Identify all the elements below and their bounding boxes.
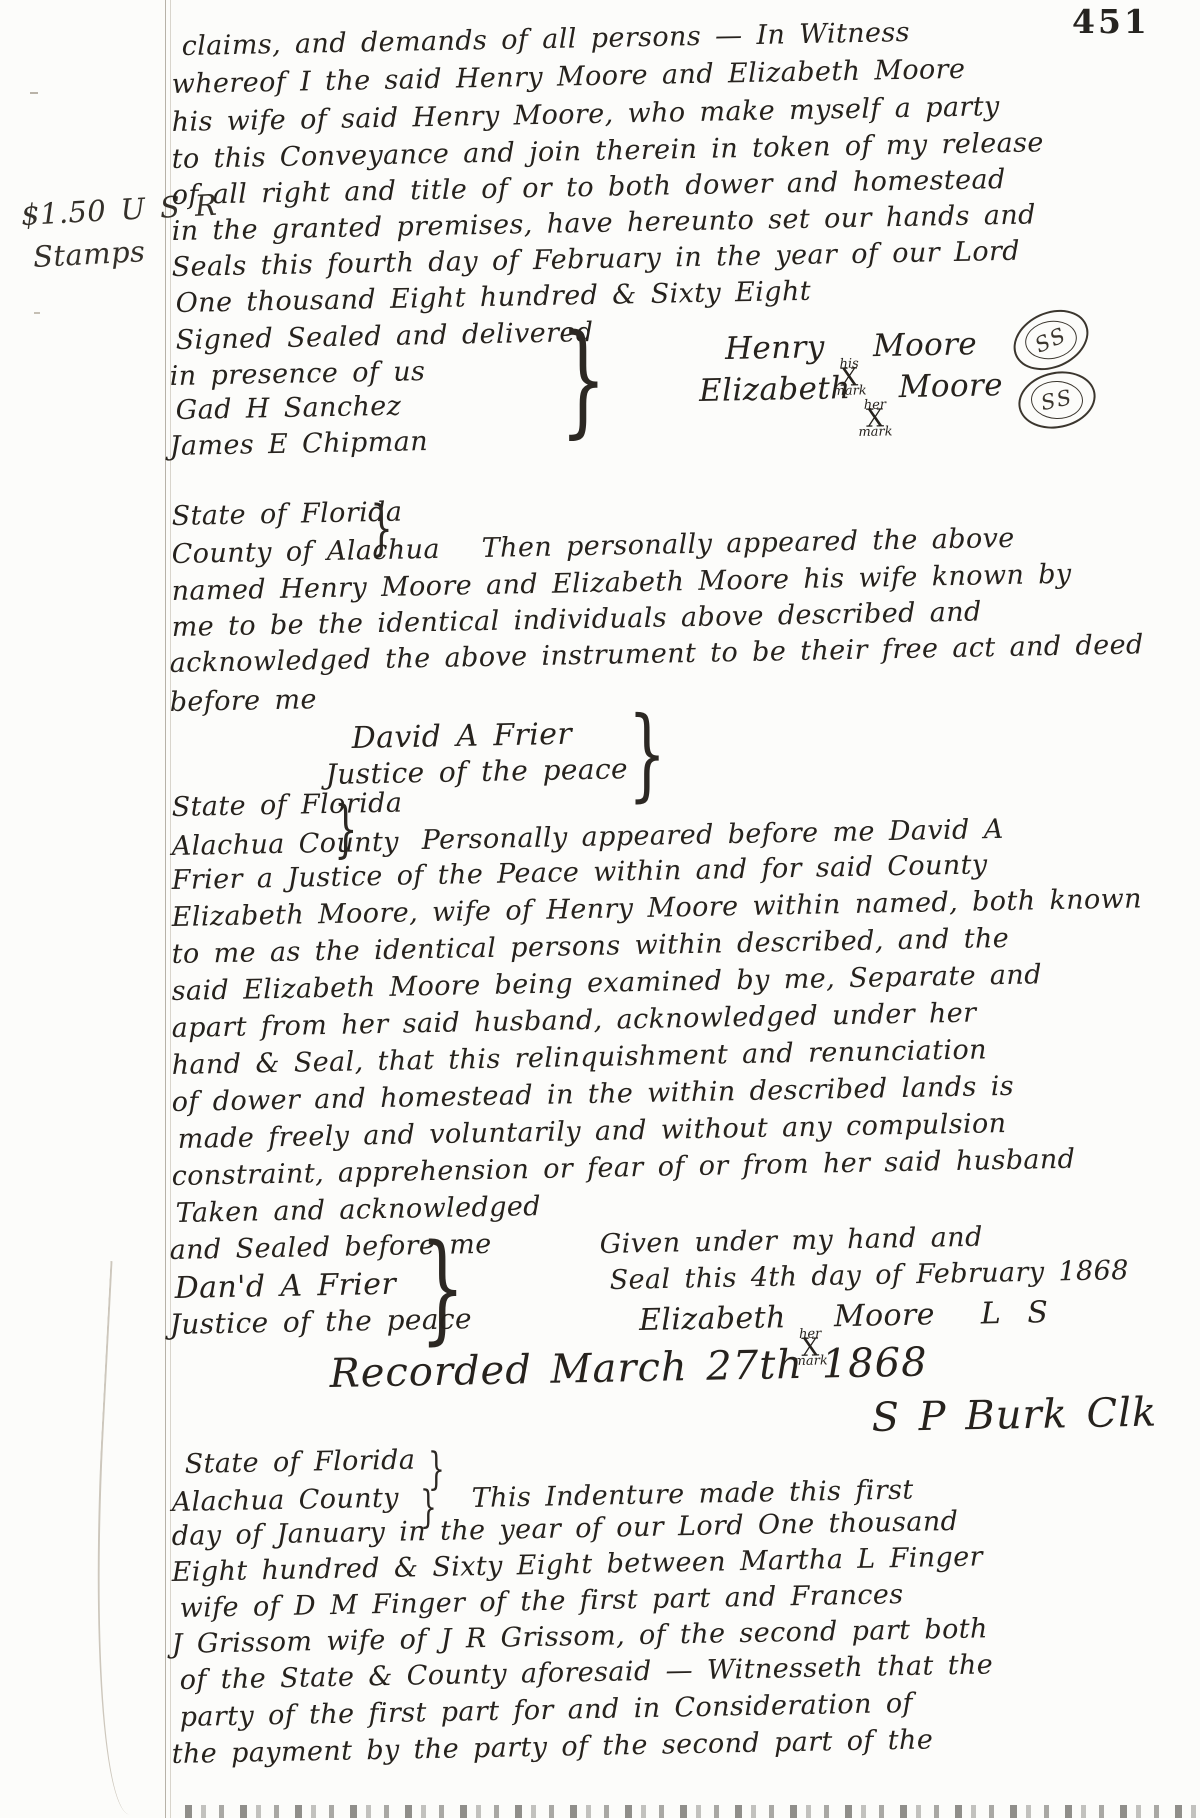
document-page: 451 $1.50 U S R Stamps claims, and deman… xyxy=(0,0,1200,1818)
seal-scribble: SS xyxy=(1004,299,1098,382)
handwritten-line: whereof I the said Henry Moore and Eliza… xyxy=(171,55,965,100)
handwritten-line: Then personally appeared the above xyxy=(481,524,1014,564)
officer-brace: } xyxy=(628,704,666,804)
seal-scribble: SS xyxy=(1013,365,1101,436)
officer-signature: David A Frier xyxy=(351,718,572,755)
scan-edge-artifact xyxy=(185,1805,1200,1818)
signature-elizabeth-moore: ElizabethherXmarkMoore xyxy=(699,368,1004,441)
attestation-line: in presence of us xyxy=(169,357,425,392)
venue-county: Alachua County xyxy=(171,1484,399,1518)
handwritten-line: Taken and acknowledged xyxy=(175,1192,541,1229)
venue-state: State of Florida xyxy=(171,789,402,823)
handwritten-line: Seal this 4th day of February 1868 xyxy=(609,1256,1129,1296)
clerk-signature: S P Burk Clk xyxy=(871,1391,1157,1440)
seal-notation: L S xyxy=(980,1295,1054,1331)
handwritten-line: before me xyxy=(169,685,317,718)
venue-county: Alachua County xyxy=(171,828,399,862)
scan-speck xyxy=(34,312,40,314)
attestation-brace: } xyxy=(560,318,607,440)
venue-state: State of Florida xyxy=(184,1446,415,1480)
recording-note: Recorded March 27th 1868 xyxy=(329,1341,928,1396)
scan-speck xyxy=(30,92,38,94)
venue-county: County of Alachua xyxy=(171,535,440,570)
handwritten-line: Given under my hand and xyxy=(599,1223,983,1260)
venue-state: State of Florida xyxy=(171,498,402,532)
witness-signature: Gad H Sanchez xyxy=(175,392,401,426)
handwritten-line: Personally appeared before me David A xyxy=(421,815,1003,856)
binding-crease-artifact xyxy=(82,1261,165,1815)
officer-title: Justice of the peace xyxy=(325,754,628,791)
officer-title: Justice of the peace xyxy=(169,1304,472,1341)
attestation-line: Signed Sealed and delivered xyxy=(175,318,593,356)
handwritten-line: One thousand Eight hundred & Sixty Eight xyxy=(175,277,811,319)
her-mark: herXmark xyxy=(858,400,893,437)
page-number: 451 xyxy=(1072,2,1150,41)
margin-rule-line xyxy=(165,0,166,1818)
handwritten-line: the payment by the party of the second p… xyxy=(171,1725,933,1769)
handwritten-line: claims, and demands of all persons — In … xyxy=(181,18,910,62)
officer-signature: Dan'd A Frier xyxy=(174,1268,396,1305)
witness-signature: James E Chipman xyxy=(169,427,428,462)
margin-note-stamps: Stamps xyxy=(32,236,146,274)
